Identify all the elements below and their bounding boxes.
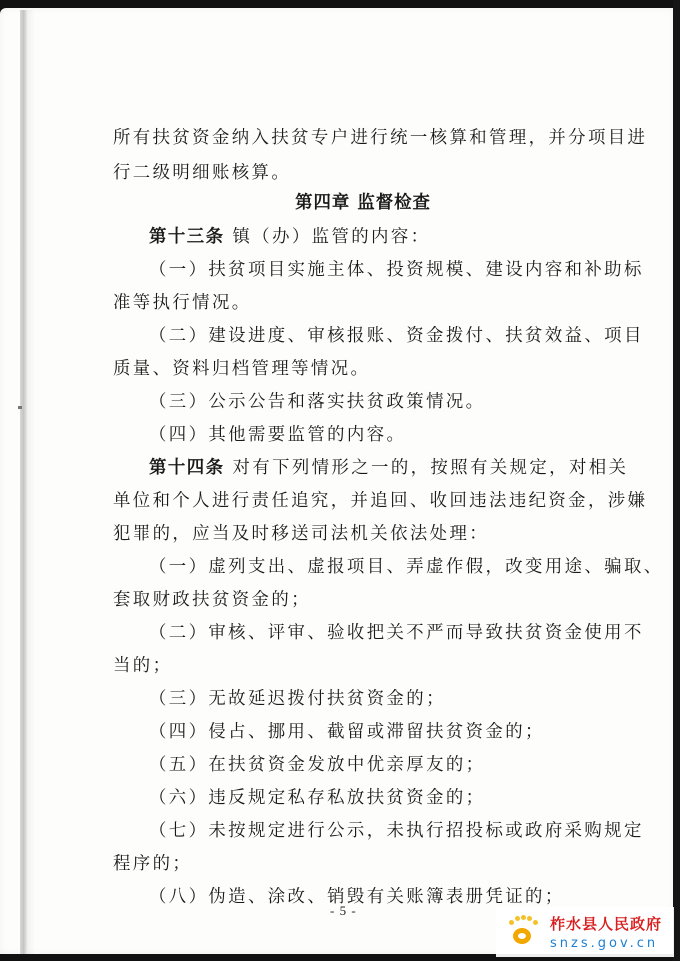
site-watermark: 柞水县人民政府 snzs.gov.cn xyxy=(496,907,674,957)
paragraph-line: 单位和个人进行责任追究，并追回、收回违法违纪资金，涉嫌 xyxy=(113,486,647,511)
list-item: （四）侵占、挪用、截留或滞留扶贫资金的； xyxy=(149,717,545,742)
list-item-cont: 套取财政扶贫资金的； xyxy=(113,585,311,610)
binding-spine xyxy=(20,10,27,954)
page-number: - 5 - xyxy=(330,903,357,919)
list-item: （三）无故延迟拨付扶贫资金的； xyxy=(149,684,446,709)
list-item: （三）公示公告和落实扶贫政策情况。 xyxy=(149,387,485,412)
watermark-domain: snzs.gov.cn xyxy=(550,936,662,951)
list-item-cont: 质量、资料归档管理等情况。 xyxy=(113,354,370,379)
list-item: （二）建设进度、审核报账、资金拨付、扶贫效益、项目 xyxy=(149,321,644,346)
list-item-cont: 程序的； xyxy=(113,849,192,874)
article-13: 第十三条 镇（办）监管的内容： xyxy=(149,222,430,247)
article-label: 第十三条 xyxy=(149,227,225,247)
spine-shadow xyxy=(27,10,35,954)
list-item: （七）未按规定进行公示，未执行招投标或政府采购规定 xyxy=(149,816,644,841)
list-item: （四）其他需要监管的内容。 xyxy=(149,420,406,445)
margin-mark xyxy=(18,406,22,409)
scan-edge xyxy=(673,0,680,961)
list-item: （一）扶贫项目实施主体、投资规模、建设内容和补助标 xyxy=(149,255,644,280)
paragraph-line: 所有扶贫资金纳入扶贫专户进行统一核算和管理，并分项目进 xyxy=(113,123,647,148)
article-text: 镇（办）监管的内容： xyxy=(225,227,431,247)
article-14: 第十四条 对有下列情形之一的，按照有关规定，对相关 xyxy=(149,453,628,478)
chapter-heading: 第四章 监督检查 xyxy=(113,188,613,213)
sun-footprint-logo-icon xyxy=(506,912,542,952)
paragraph-line: 犯罪的，应当及时移送司法机关依法处理： xyxy=(113,519,489,544)
list-item-cont: 准等执行情况。 xyxy=(113,288,252,313)
list-item: （一）虚列支出、虚报项目、弄虚作假，改变用途、骗取、 xyxy=(149,552,664,577)
list-item: （八）伪造、涂改、销毁有关账簿表册凭证的； xyxy=(149,882,565,907)
article-text: 对有下列情形之一的，按照有关规定，对相关 xyxy=(225,458,629,478)
list-item: （二）审核、评审、验收把关不严而导致扶贫资金使用不 xyxy=(149,618,644,643)
document-body: 所有扶贫资金纳入扶贫专户进行统一核算和管理，并分项目进 行二级明细账核算。 第四… xyxy=(113,0,613,900)
list-item: （六）违反规定私存私放扶贫资金的； xyxy=(149,783,485,808)
paragraph-line: 行二级明细账核算。 xyxy=(113,158,291,183)
list-item-cont: 当的； xyxy=(113,651,172,676)
watermark-site-name: 柞水县人民政府 xyxy=(550,913,662,934)
list-item: （五）在扶贫资金发放中优亲厚友的； xyxy=(149,750,485,775)
article-label: 第十四条 xyxy=(149,458,225,478)
